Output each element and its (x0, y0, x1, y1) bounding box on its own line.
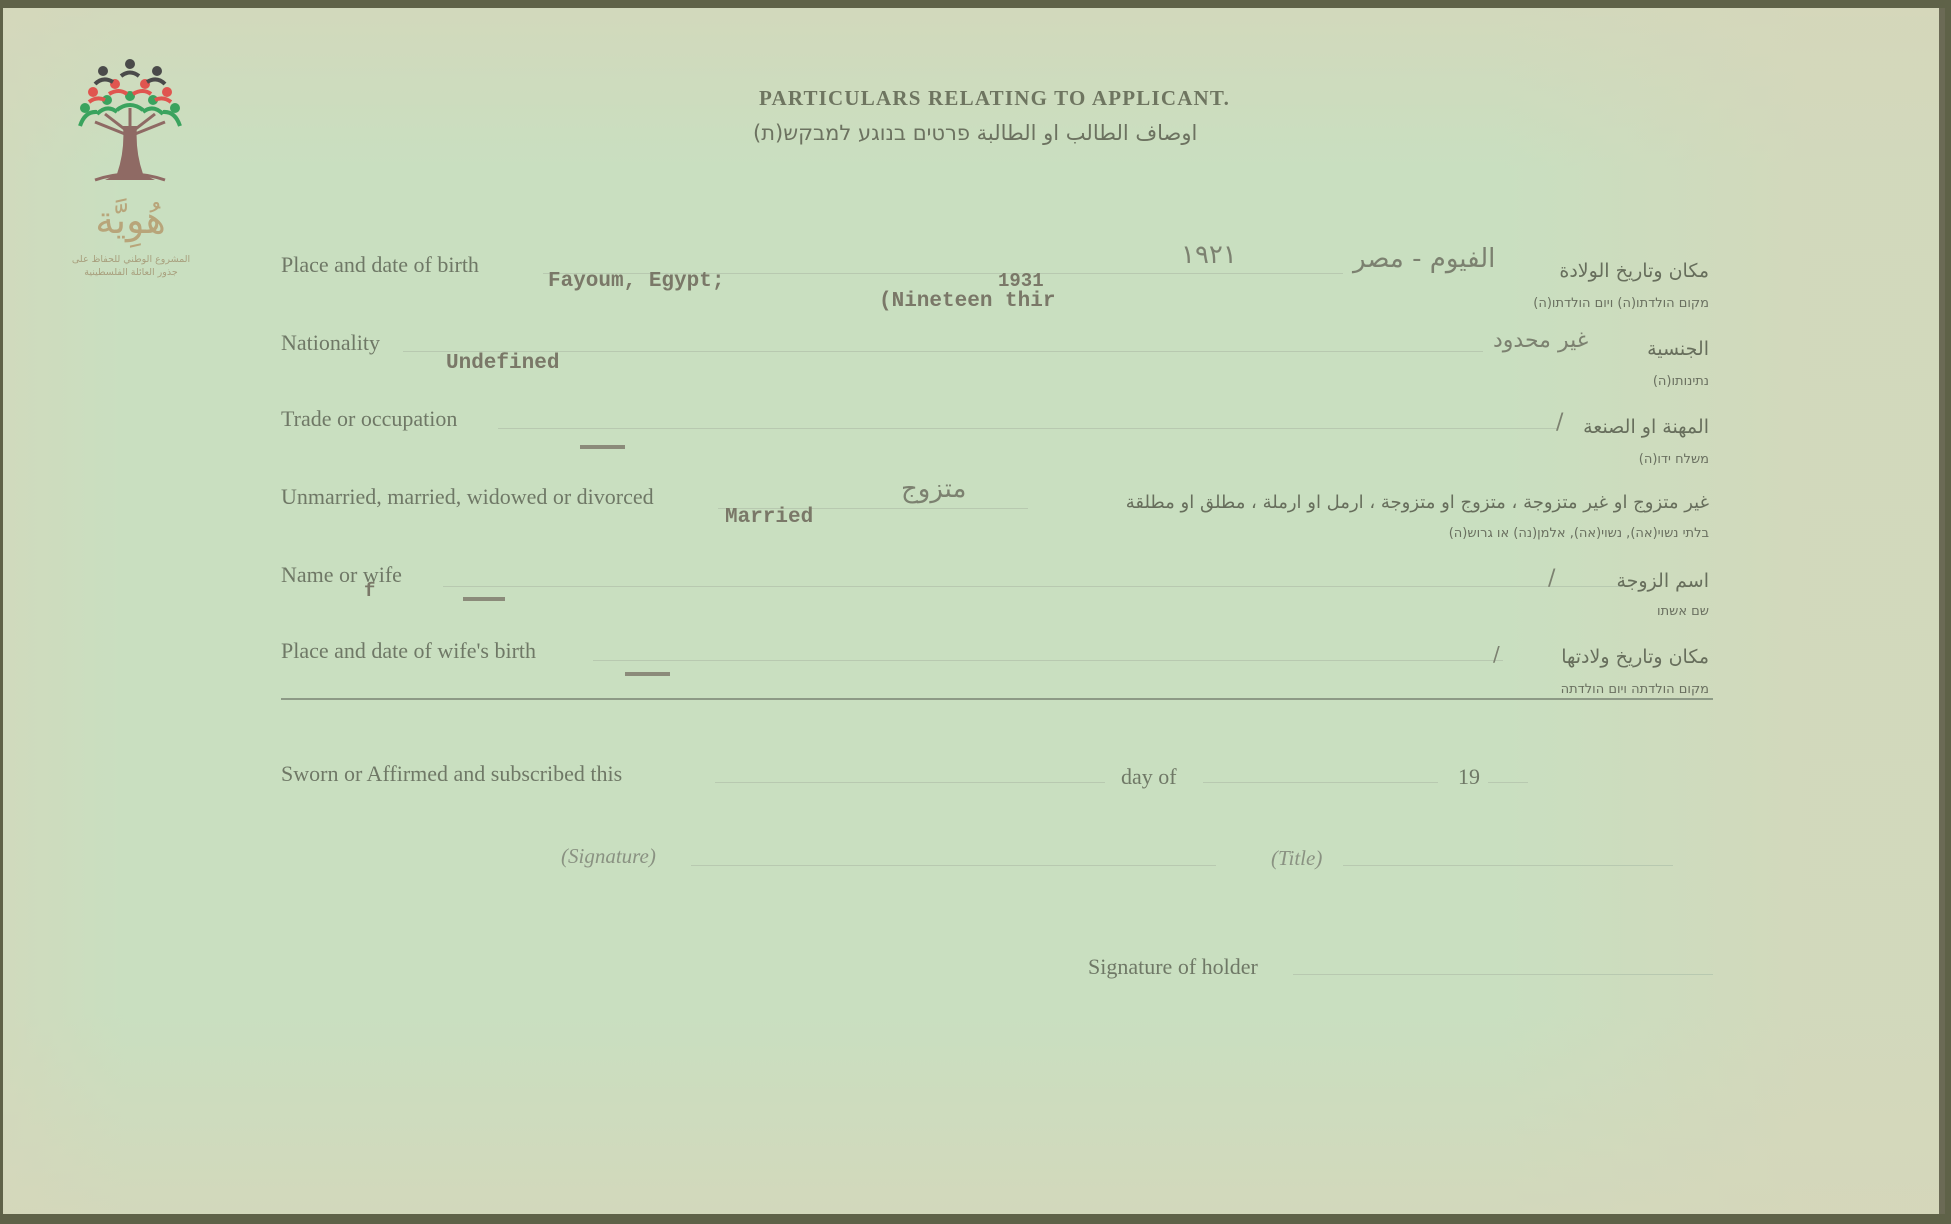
occupation-label-arabic: المهنة او الصنعة (1583, 416, 1709, 438)
birth-handwritten-year: ١٩٢١ (1181, 240, 1237, 270)
logo-name: هُوِيَّة (83, 198, 178, 242)
page-title: PARTICULARS RELATING TO APPLICANT. (759, 86, 1230, 111)
sworn-year-line[interactable] (1488, 782, 1528, 783)
birth-label-hebrew: מקום הולדתו(ה) ויום הולדתו(ה) (1533, 296, 1709, 311)
year-prefix-label: 19 (1458, 764, 1480, 790)
holder-signature-line[interactable] (1293, 974, 1713, 975)
wife-birth-typed-dash (625, 672, 670, 676)
occupation-label-hebrew: משלח ידו(ה) (1639, 452, 1709, 467)
birth-label-arabic: مكان وتاريخ الولادة (1559, 260, 1709, 282)
nationality-line (403, 351, 1483, 352)
birth-handwritten-place: الفيوم - مصر (1353, 244, 1495, 274)
sworn-label: Sworn or Affirmed and subscribed this (281, 761, 622, 787)
wife-name-label-hebrew: שם אשתו (1657, 604, 1709, 619)
wife-name-typed-mark: f (364, 580, 375, 602)
sworn-month-line[interactable] (1203, 782, 1438, 783)
nationality-handwritten-value: غير محدود (1493, 328, 1588, 353)
wife-birth-label-hebrew: מקום הולדתה ויום הולדתה (1561, 682, 1709, 697)
wife-birth-label: Place and date of wife's birth (281, 638, 536, 664)
logo-tagline-line2: جذور العائلة الفلسطينية (61, 266, 201, 279)
holder-signature-label: Signature of holder (1088, 954, 1258, 980)
birth-label: Place and date of birth (281, 252, 479, 278)
wife-name-line (443, 586, 1623, 587)
wife-birth-handwritten-value: / (1493, 642, 1500, 666)
signature-line[interactable] (691, 865, 1216, 866)
wife-name-typed-dash (463, 597, 505, 601)
birth-typed-place: Fayoum, Egypt; (548, 270, 724, 293)
family-tree-logo-icon (65, 56, 195, 196)
title-line[interactable] (1343, 865, 1673, 866)
nationality-label: Nationality (281, 330, 380, 356)
wife-birth-line (593, 660, 1503, 661)
birth-typed-words: (Nineteen thir (879, 290, 1055, 313)
logo-tagline-line1: المشروع الوطني للحفاظ على (61, 253, 201, 266)
marital-label-hebrew: בלתי נשוי(אה), נשוי(אה), אלמן(נה) או גרו… (1449, 526, 1709, 541)
marital-label: Unmarried, married, widowed or divorced (281, 484, 654, 510)
occupation-handwritten-value: / (1556, 410, 1563, 435)
nationality-label-hebrew: נתינותו(ה) (1653, 374, 1709, 389)
page-title-arabic-hebrew: اوصاف الطالب او الطالبة פרטים בנוגע למבק… (753, 121, 1197, 145)
sworn-day-line[interactable] (715, 782, 1105, 783)
occupation-label: Trade or occupation (281, 406, 457, 432)
marital-typed-value: Married (725, 506, 813, 529)
document-page: هُوِيَّة المشروع الوطني للحفاظ على جذور … (3, 8, 1945, 1214)
occupation-line (498, 428, 1558, 429)
signature-label: (Signature) (561, 844, 656, 869)
marital-handwritten-value: متزوج (901, 474, 966, 504)
section-divider (281, 698, 1713, 700)
day-of-label: day of (1121, 764, 1177, 790)
nationality-typed-value: Undefined (446, 352, 559, 375)
occupation-typed-dash (580, 445, 625, 449)
logo-tagline: المشروع الوطني للحفاظ على جذور العائلة ا… (61, 253, 201, 279)
wife-name-label: Name or wife (281, 562, 402, 588)
wife-name-label-arabic: اسم الزوجة (1616, 570, 1709, 592)
marital-label-arabic: غير متزوج او غير متزوجة ، متزوج او متزوج… (1126, 492, 1709, 513)
title-label: (Title) (1271, 846, 1322, 871)
birth-typed-year: 1931 (998, 270, 1044, 292)
nationality-label-arabic: الجنسية (1647, 338, 1709, 360)
wife-birth-label-arabic: مكان وتاريخ ولادتها (1561, 646, 1709, 668)
wife-name-handwritten-value: / (1548, 566, 1555, 591)
